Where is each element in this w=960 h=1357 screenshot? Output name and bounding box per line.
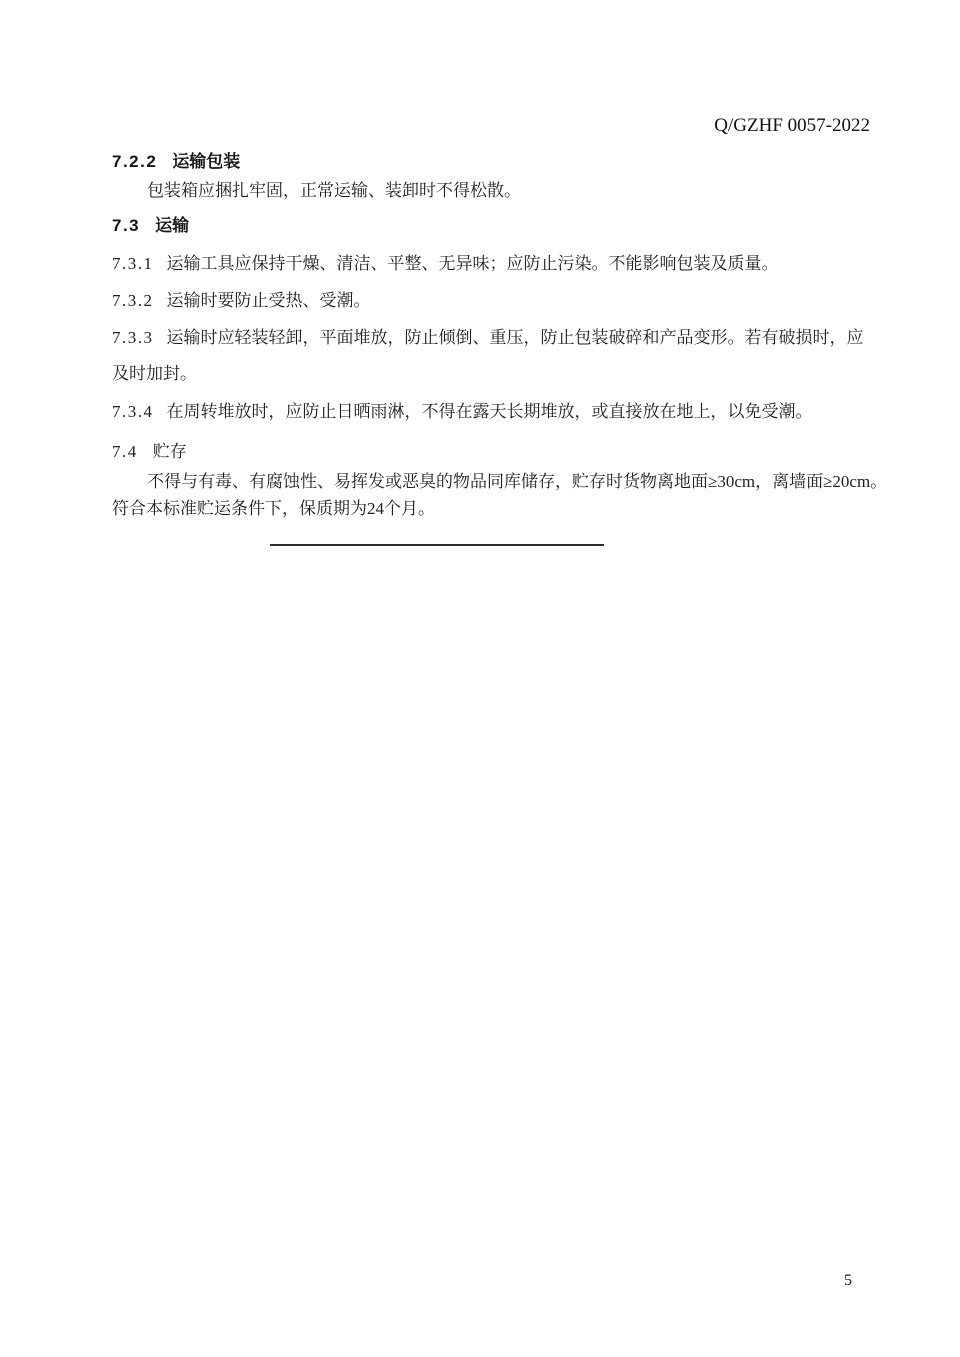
clause-title: 贮存 <box>153 442 187 461</box>
clause-title: 运输包装 <box>172 152 240 171</box>
clause-number: 7.3.3 <box>112 328 154 347</box>
clause-number: 7.3.2 <box>112 291 154 310</box>
clause-text-line-2: 及时加封。 <box>112 356 870 392</box>
paragraph-line-1: 不得与有毒、有腐蚀性、易挥发或恶臭的物品同库储存，贮存时货物离地面≥30cm，离… <box>112 468 870 495</box>
clause-number: 7.2.2 <box>112 152 157 171</box>
clause-7-3-1: 7.3.1运输工具应保持干燥、清洁、平整、无异味；应防止污染。不能影响包装及质量… <box>112 252 870 276</box>
paragraph-line-2: 符合本标准贮运条件下，保质期为24个月。 <box>112 495 870 522</box>
clause-text: 在周转堆放时，应防止日晒雨淋，不得在露天长期堆放，或直接放在地上，以免受潮。 <box>167 402 813 421</box>
clause-text: 运输工具应保持干燥、清洁、平整、无异味；应防止污染。不能影响包装及质量。 <box>167 254 779 273</box>
clause-text: 运输时要防止受热、受潮。 <box>167 291 371 310</box>
clause-text-line-1: 运输时应轻装轻卸，平面堆放，防止倾倒、重压，防止包装破碎和产品变形。若有破损时，… <box>167 328 864 347</box>
clause-7-3-3: 7.3.3运输时应轻装轻卸，平面堆放，防止倾倒、重压，防止包装破碎和产品变形。若… <box>112 320 870 392</box>
clause-7-3-4: 7.3.4在周转堆放时，应防止日晒雨淋，不得在露天长期堆放，或直接放在地上，以免… <box>112 400 870 424</box>
clause-7-3-2: 7.3.2运输时要防止受热、受潮。 <box>112 289 870 313</box>
clause-title: 运输 <box>155 216 189 235</box>
paragraph-storage: 不得与有毒、有腐蚀性、易挥发或恶臭的物品同库储存，贮存时货物离地面≥30cm，离… <box>112 468 870 522</box>
standard-code: Q/GZHF 0057-2022 <box>112 114 870 138</box>
clause-number: 7.3 <box>112 216 140 235</box>
paragraph-packing: 包装箱应捆扎牢固，正常运输、装卸时不得松散。 <box>112 179 870 203</box>
clause-number: 7.3.1 <box>112 254 154 273</box>
clause-heading-7-2-2: 7.2.2运输包装 <box>112 150 870 174</box>
document-page: Q/GZHF 0057-2022 7.2.2运输包装 包装箱应捆扎牢固，正常运输… <box>0 0 960 1357</box>
clause-number: 7.3.4 <box>112 402 154 421</box>
clause-number: 7.4 <box>112 442 138 461</box>
clause-heading-7-4: 7.4贮存 <box>112 440 870 464</box>
end-of-document-rule <box>270 544 604 546</box>
page-number: 5 <box>836 1271 860 1291</box>
clause-heading-7-3: 7.3运输 <box>112 214 870 238</box>
